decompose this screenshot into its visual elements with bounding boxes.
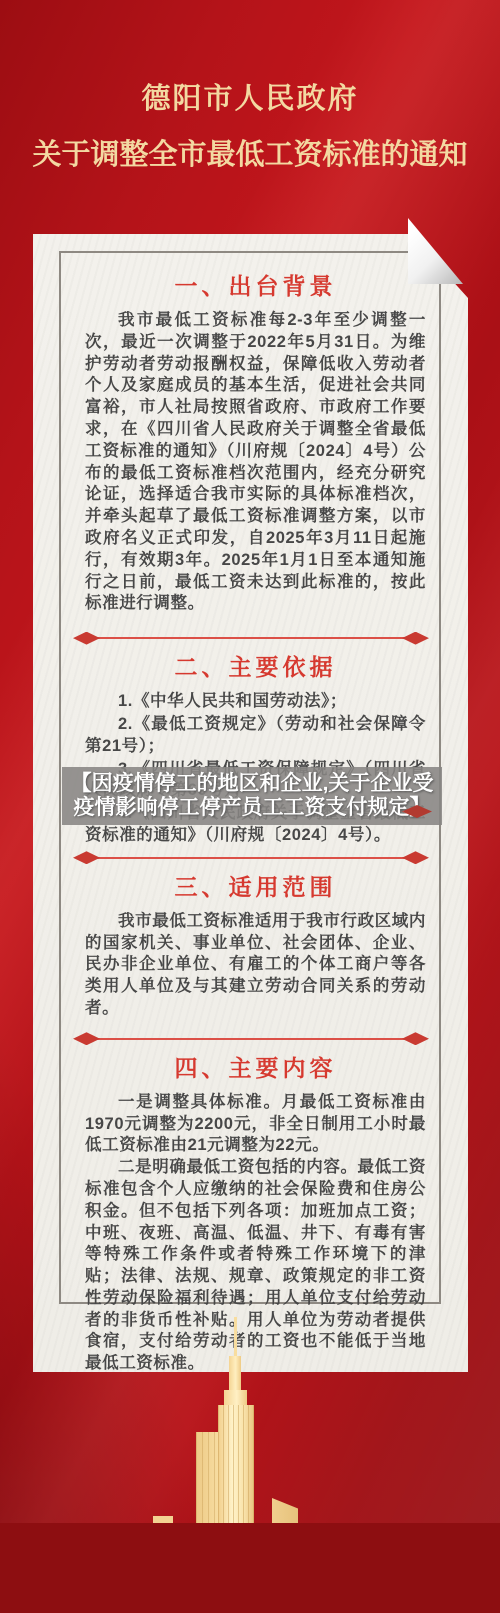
tower-crown <box>224 1390 247 1407</box>
section-4-para-1: 一是调整具体标准。月最低工资标准由1970元调整为2200元，非全日制用工小时最… <box>85 1092 426 1157</box>
legal-basis-item-1: 1.《中华人民共和国劳动法》； <box>85 691 426 713</box>
tower-annex <box>196 1432 218 1523</box>
tower-body <box>218 1405 254 1523</box>
divider-line <box>91 1038 411 1040</box>
small-building-left <box>153 1516 173 1523</box>
section-1-body: 我市最低工资标准每2-3年至少调整一次，最近一次调整于2022年5月31日。为维… <box>85 310 426 615</box>
page-curl-decoration <box>408 218 463 284</box>
notice-title: 关于调整全市最低工资标准的通知 <box>0 132 500 173</box>
section-4-para-2: 二是明确最低工资包括的内容。最低工资标准包含个人应缴纳的社会保险费和住房公积金。… <box>85 1157 426 1375</box>
government-notice-poster: 德阳市人民政府 关于调整全市最低工资标准的通知 一、出台背景 我市最低工资标准每… <box>0 0 500 1613</box>
footer-band <box>0 1523 500 1613</box>
small-building-right <box>272 1498 298 1523</box>
section-divider <box>73 851 429 865</box>
divider-line <box>91 857 411 859</box>
section-1-heading: 一、出台背景 <box>85 272 426 300</box>
video-subtitle-overlay: 【因疫情停工的地区和企业,关于企业受疫情影响停工停产员工工资支付规定】 <box>62 767 442 825</box>
section-3-heading: 三、适用范围 <box>85 873 426 901</box>
issuing-authority-title: 德阳市人民政府 <box>0 76 500 117</box>
section-3-body: 我市最低工资标准适用于我市行政区域内的国家机关、事业单位、社会团体、企业、民办非… <box>85 911 426 1020</box>
section-2-heading: 二、主要依据 <box>85 653 426 681</box>
divider-line <box>91 637 411 639</box>
section-4-heading: 四、主要内容 <box>85 1054 426 1082</box>
section-divider <box>73 631 429 645</box>
legal-basis-item-2: 2.《最低工资规定》（劳动和社会保障令第21号）； <box>85 714 426 758</box>
section-divider <box>73 1032 429 1046</box>
